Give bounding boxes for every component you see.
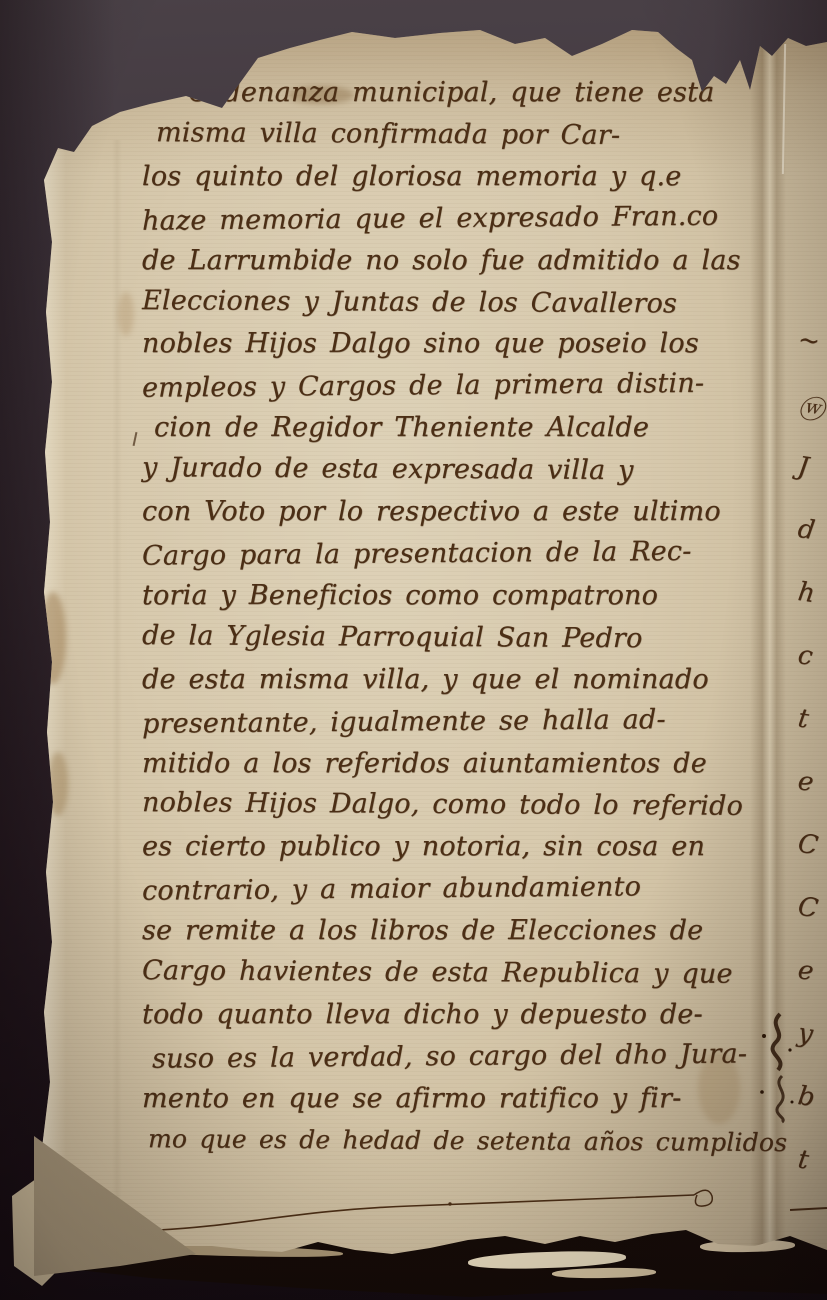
manuscript-line: mitido a los referidos aiuntamientos de (142, 743, 758, 785)
facing-page-letter-fragment: d (796, 514, 817, 546)
manuscript-photo: Ordenanza municipal, que tiene estamisma… (0, 0, 827, 1300)
facing-page-letter-fragment: t (796, 1144, 811, 1175)
facing-page-letter-fragment: C (796, 829, 820, 861)
facing-page-letter-fragment: e (796, 766, 815, 798)
facing-page-letter-fragment: t (796, 703, 811, 734)
manuscript-line: mo que es de hedad de setenta años cumpl… (148, 1118, 758, 1164)
facing-page-letter-fragment: ~ (796, 325, 822, 358)
manuscript-line: Cargo havientes de esta Republica y que (142, 950, 758, 996)
manuscript-line: con Voto por lo respectivo a este ultimo (142, 491, 758, 533)
manuscript-line: empleos y Cargos de la primera distin- (142, 363, 758, 410)
manuscript-line: de la Yglesia Parroquial San Pedro (142, 615, 758, 661)
manuscript-line: Elecciones y Juntas de los Cavalleros (142, 280, 758, 326)
facing-page-letter-fragment: y (796, 1018, 815, 1050)
facing-page-letter-fragment: e (796, 955, 815, 987)
manuscript-line: todo quanto lleva dicho y depuesto de- (142, 994, 758, 1036)
facing-page-letter-fragment: b (796, 1081, 817, 1113)
manuscript-line: se remite a los libros de Elecciones de (142, 910, 758, 952)
manuscript-line: Cargo para la presentacion de la Rec- (142, 530, 758, 577)
facing-page-letter-fragment: c (796, 640, 815, 672)
facing-page-letter-fragment: ⓦ (796, 387, 827, 427)
manuscript-line: nobles Hijos Dalgo sino que poseio los (142, 323, 758, 365)
ink-blot (752, 1006, 798, 1124)
facing-page-fragments: ~ⓦJdhcteCCeybt (798, 326, 827, 1206)
manuscript-line: suso es la verdad, so cargo del dho Jura… (152, 1033, 758, 1080)
manuscript-line: misma villa confirmada por Car- (156, 112, 758, 158)
signature-flourish (150, 1180, 750, 1236)
manuscript-line: de esta misma villa, y que el nominado (142, 659, 758, 701)
manuscript-line: nobles Hijos Dalgo, como todo lo referid… (142, 783, 758, 829)
manuscript-line: toria y Beneficios como compatrono (142, 575, 758, 617)
manuscript-line: presentante, igualmente se halla ad- (142, 698, 758, 745)
manuscript-line: y Jurado de esta expresada villa y (142, 447, 758, 493)
facing-page-letter-fragment: h (796, 577, 817, 609)
facing-page-letter-fragment: J (796, 451, 811, 482)
margin-tick-mark (133, 432, 138, 446)
manuscript-line: mento en que se afirmo ratifico y fir- (142, 1078, 758, 1120)
manuscript-line: es cierto publico y notoria, sin cosa en (142, 826, 758, 868)
stain (118, 292, 134, 336)
manuscript-page: Ordenanza municipal, que tiene estamisma… (0, 0, 827, 1300)
manuscript-line: cion de Regidor Theniente Alcalde (154, 407, 758, 449)
manuscript-line: los quinto del gloriosa memoria y q.e (142, 156, 758, 198)
manuscript-line: contrario, y a maior abundamiento (142, 866, 758, 913)
manuscript-line: haze memoria que el expresado Fran.co (142, 195, 758, 242)
manuscript-line: de Larrumbide no solo fue admitido a las (142, 240, 758, 282)
manuscript-text: Ordenanza municipal, que tiene estamisma… (142, 72, 758, 1162)
facing-page-letter-fragment: C (796, 892, 820, 924)
facing-page-flourish (790, 1207, 827, 1211)
manuscript-line: Ordenanza municipal, que tiene esta (188, 72, 758, 114)
